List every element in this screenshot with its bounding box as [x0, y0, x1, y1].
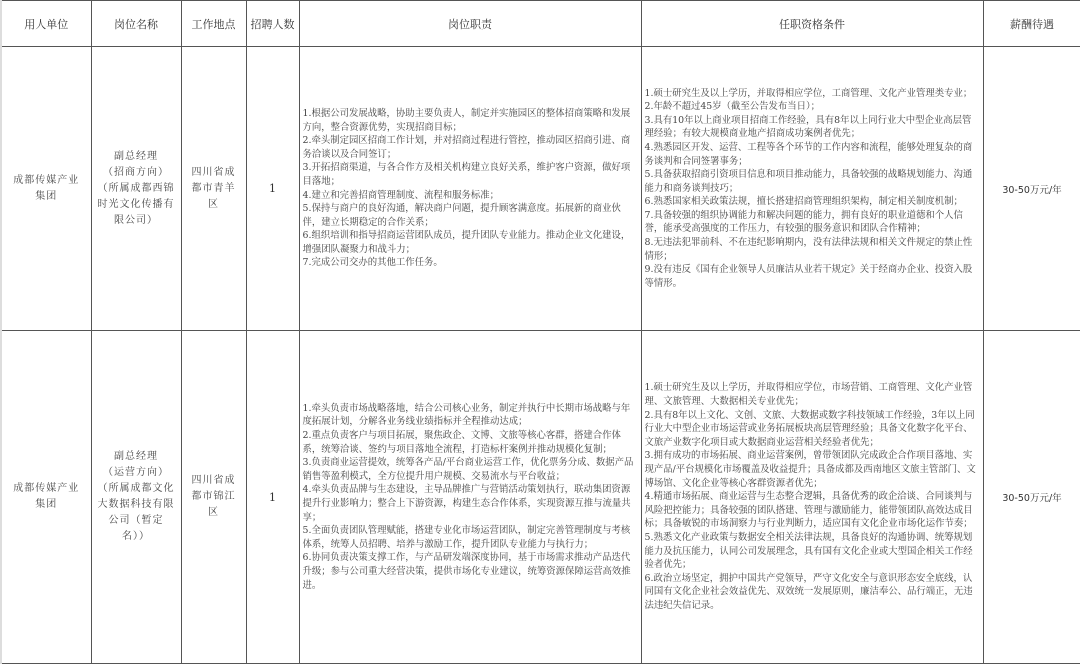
qualification-item: 7.具备较强的组织协调能力和解决问题的能力，拥有良好的职业道德和个人信誉，能承受…: [645, 209, 979, 236]
qualification-item: 8.无违法犯罪前科、不在违纪影响期内，没有法律法规和相关文件规定的禁止性情形；: [645, 236, 979, 263]
qualification-item: 6.熟悉国家相关政策法规，擅长搭建招商管理组织架构，制定相关制度机制；: [645, 195, 979, 209]
table-row: 成都传媒产业集团 副总经理 （招商方向） （所属成都西锦时光文化传播有限公司） …: [1, 47, 1080, 331]
count-cell: 1: [246, 331, 299, 664]
salary-cell: 30-50万元/年: [983, 47, 1080, 331]
qualification-item: 6.政治立场坚定，拥护中国共产党领导，严守文化安全与意识形态安全底线，认同国有文…: [645, 572, 979, 613]
qualification-item: 1.硕士研究生及以上学历，并取得相应学位，工商管理、文化产业管理类专业；: [645, 87, 979, 101]
table-row: 成都传媒产业集团 副总经理 （运营方向） （所属成都文化大数据科技有限公司（暂定…: [1, 331, 1080, 664]
qualification-item: 5.具备获取招商引资项目信息和项目推动能力，具备较强的战略规划能力、沟通能力和商…: [645, 168, 979, 195]
qualification-item: 2.具有8年以上文化、文创、文旅、大数据或数字科技领域工作经验，3年以上同行业大…: [645, 409, 979, 450]
qualifications-cell: 1.硕士研究生及以上学历，并取得相应学位，工商管理、文化产业管理类专业； 2.年…: [641, 47, 983, 331]
duty-item: 4.建立和完善招商管理制度、流程和服务标准；: [303, 189, 637, 203]
employer-cell: 成都传媒产业集团: [1, 331, 91, 664]
duty-item: 5.全面负责团队管理赋能，搭建专业化市场运营团队，制定完善管理制度与考核体系，统…: [303, 524, 637, 551]
duty-item: 1.牵头负责市场战略落地，结合公司核心业务，制定并执行中长期市场战略与年度拓展计…: [303, 402, 637, 429]
qualification-item: 3.具有10年以上商业项目招商工作经验，具有8年以上同行业大中型企业高层管理经验…: [645, 114, 979, 141]
job-posting-table: 用人单位 岗位名称 工作地点 招聘人数 岗位职责 任职资格条件 薪酬待遇 成都传…: [0, 0, 1080, 664]
position-company: （所属成都文化大数据科技有限公司（暂定名））: [98, 481, 175, 545]
duty-item: 2.牵头制定园区招商工作计划，并对招商过程进行管控，推动园区招商引进、商务洽谈以…: [303, 134, 637, 161]
position-title: 副总经理: [98, 449, 175, 465]
header-count: 招聘人数: [246, 1, 299, 47]
qualification-item: 4.精通市场拓展、商业运营与生态整合逻辑，具备优秀的政企洽谈、合同谈判与风险把控…: [645, 490, 979, 531]
employer-cell: 成都传媒产业集团: [1, 47, 91, 331]
location-cell: 四川省成都市锦江区: [181, 331, 246, 664]
position-direction: （招商方向）: [98, 165, 175, 181]
count-cell: 1: [246, 47, 299, 331]
position-company: （所属成都西锦时光文化传播有限公司）: [98, 181, 175, 229]
duty-item: 4.牵头负责品牌与生态建设，主导品牌推广与营销活动策划执行，联动集团资源提升行业…: [303, 483, 637, 524]
qualification-item: 2.年龄不超过45岁（截至公告发布当日）；: [645, 100, 979, 114]
duty-item: 5.保持与商户的良好沟通，解决商户问题，提升顾客满意度。拓展新的商业伙伴，建立长…: [303, 202, 637, 229]
duties-cell: 1.牵头负责市场战略落地，结合公司核心业务，制定并执行中长期市场战略与年度拓展计…: [299, 331, 641, 664]
header-duties: 岗位职责: [299, 1, 641, 47]
header-employer: 用人单位: [1, 1, 91, 47]
salary-cell: 30-50万元/年: [983, 331, 1080, 664]
duties-cell: 1.根据公司发展战略，协助主要负责人，制定并实施园区的整体招商策略和发展方向，整…: [299, 47, 641, 331]
duty-item: 3.负责商业运营提效，统筹各产品/平台商业运营工作，优化票务分成、数据产品销售等…: [303, 456, 637, 483]
duty-item: 2.重点负责客户与项目拓展，聚焦政企、文博、文旅等核心客群，搭建合作体系，统筹洽…: [303, 429, 637, 456]
duty-item: 7.完成公司交办的其他工作任务。: [303, 256, 637, 270]
position-direction: （运营方向）: [98, 465, 175, 481]
qualification-item: 1.硕士研究生及以上学历，并取得相应学位，市场营销、工商管理、文化产业管理、文旅…: [645, 381, 979, 408]
header-salary: 薪酬待遇: [983, 1, 1080, 47]
position-title: 副总经理: [98, 149, 175, 165]
header-position: 岗位名称: [91, 1, 181, 47]
position-cell: 副总经理 （招商方向） （所属成都西锦时光文化传播有限公司）: [91, 47, 181, 331]
header-location: 工作地点: [181, 1, 246, 47]
qualifications-cell: 1.硕士研究生及以上学历，并取得相应学位，市场营销、工商管理、文化产业管理、文旅…: [641, 331, 983, 664]
qualification-item: 3.拥有成功的市场拓展、商业运营案例，曾带领团队完成政企合作项目落地、实现产品/…: [645, 449, 979, 490]
duty-item: 6.协同负责决策支撑工作，与产品研发端深度协同，基于市场需求推动产品迭代升级；参…: [303, 551, 637, 592]
duty-item: 1.根据公司发展战略，协助主要负责人，制定并实施园区的整体招商策略和发展方向，整…: [303, 107, 637, 134]
location-cell: 四川省成都市青羊区: [181, 47, 246, 331]
header-qualifications: 任职资格条件: [641, 1, 983, 47]
qualification-item: 4.熟悉园区开发、运营、工程等各个环节的工作内容和流程，能够处理复杂的商务谈判和…: [645, 141, 979, 168]
qualification-item: 9.没有违反《国有企业领导人员廉洁从业若干规定》关于经商办企业、投资入股等情形。: [645, 263, 979, 290]
position-cell: 副总经理 （运营方向） （所属成都文化大数据科技有限公司（暂定名））: [91, 331, 181, 664]
header-row: 用人单位 岗位名称 工作地点 招聘人数 岗位职责 任职资格条件 薪酬待遇: [1, 1, 1080, 47]
duty-item: 3.开拓招商渠道，与各合作方及相关机构建立良好关系，维护客户资源，做好项目落地；: [303, 161, 637, 188]
duty-item: 6.组织培训和指导招商运营团队成员，提升团队专业能力。推动企业文化建设，增强团队…: [303, 229, 637, 256]
qualification-item: 5.熟悉文化产业政策与数据安全相关法律法规，具备良好的沟通协调、统筹规划能力及抗…: [645, 531, 979, 572]
